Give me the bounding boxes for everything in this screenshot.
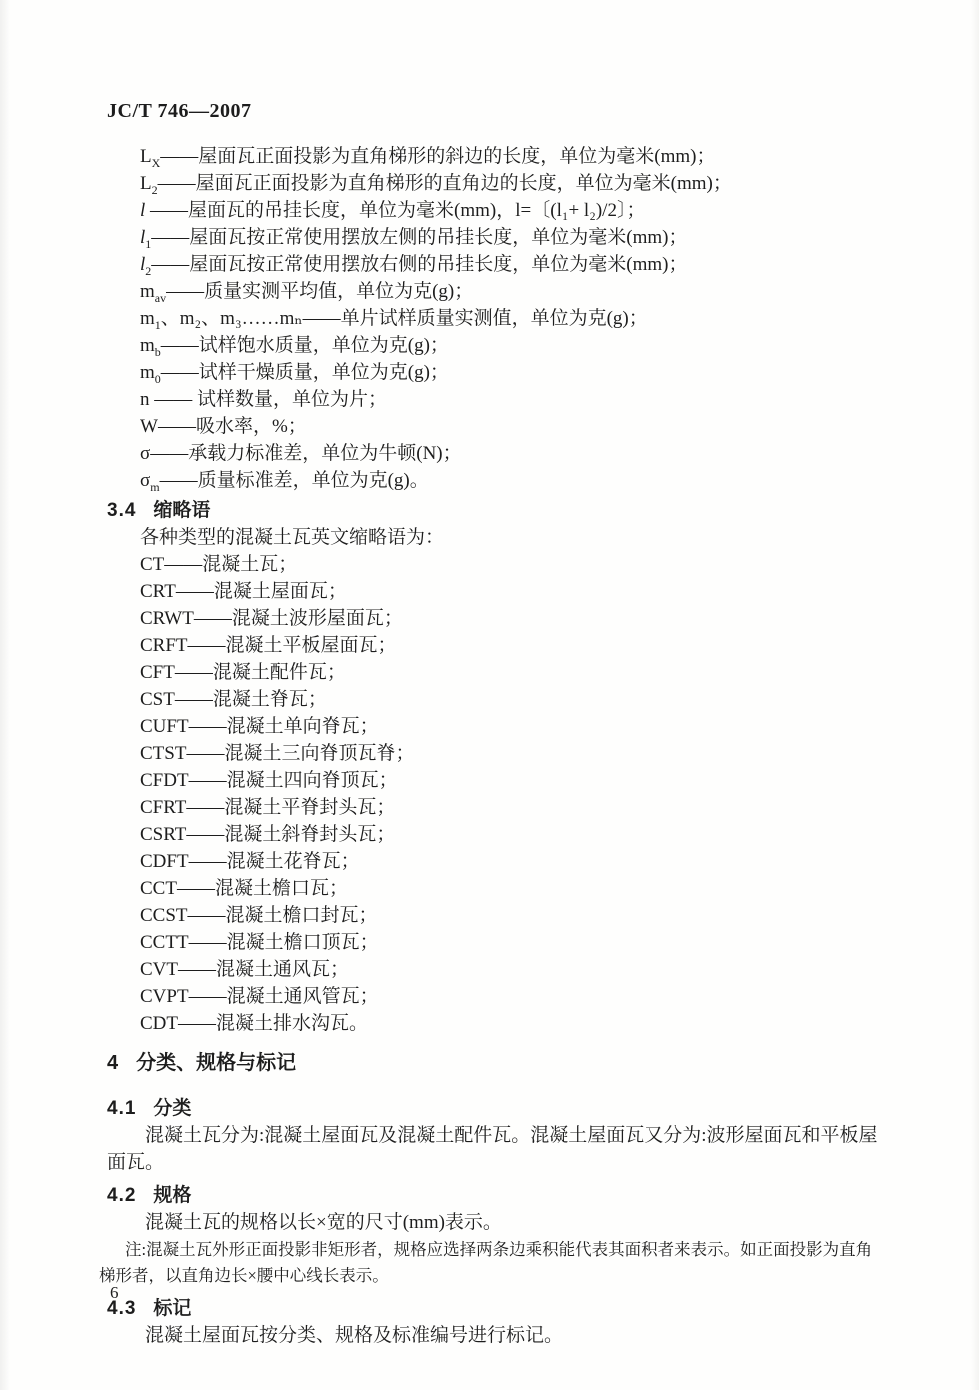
symbol-definition-list: LX——屋面瓦正面投影为直角梯形的斜边的长度，单位为毫米(mm)； L2——屋面… xyxy=(140,143,879,494)
abbreviation-intro: 各种类型的混凝土瓦英文缩略语为： xyxy=(140,524,879,551)
abbreviation-meaning: ——混凝土平板屋面瓦； xyxy=(188,635,397,656)
symbol-description: ——屋面瓦正面投影为直角梯形的斜边的长度，单位为毫米(mm)； xyxy=(160,146,715,167)
abbreviation-line: CDT——混凝土排水沟瓦。 xyxy=(140,1010,879,1037)
abbreviation-meaning: ——混凝土脊瓦； xyxy=(175,689,327,710)
abbreviation-meaning: ——混凝土三向脊顶瓦脊； xyxy=(186,743,414,764)
abbreviation-meaning: ——混凝土排水沟瓦。 xyxy=(178,1013,368,1034)
abbreviation-line: CVPT——混凝土通风管瓦； xyxy=(140,983,879,1010)
symbol-definition-line: mb——试样饱水质量，单位为克(g)； xyxy=(140,332,879,359)
symbol-description: —— 试样数量，单位为片； xyxy=(150,389,388,410)
symbol-description: ——质量标准差，单位为克(g)。 xyxy=(160,470,429,491)
abbreviation-meaning: ——混凝土檐口顶瓦； xyxy=(189,932,379,953)
abbreviation-code: CFDT xyxy=(140,770,189,791)
section-number: 3.4 xyxy=(107,500,136,521)
section-4-1-body: 混凝土瓦分为:混凝土屋面瓦及混凝土配件瓦。混凝土屋面瓦又分为:波形屋面瓦和平板屋… xyxy=(107,1122,879,1176)
abbreviation-code: CVPT xyxy=(140,986,189,1007)
abbreviation-code: CCST xyxy=(140,905,188,926)
abbreviation-meaning: ——混凝土通风管瓦； xyxy=(189,986,379,1007)
symbol-definition-line: l1——屋面瓦按正常使用摆放左侧的吊挂长度，单位为毫米(mm)； xyxy=(140,224,879,251)
section-number: 4 xyxy=(107,1052,119,1074)
symbol-base: m xyxy=(140,281,155,302)
abbreviation-list: CT——混凝土瓦； CRT——混凝土屋面瓦； CRWT——混凝土波形屋面瓦； C… xyxy=(140,551,879,1037)
section-4-3-body: 混凝土屋面瓦按分类、规格及标准编号进行标记。 xyxy=(107,1322,879,1349)
abbreviation-meaning: ——混凝土檐口封瓦； xyxy=(188,905,378,926)
section-heading-4-3: 4.3标记 xyxy=(107,1296,879,1322)
section-number: 4.2 xyxy=(107,1185,136,1206)
symbol-description: ——吸水率，%； xyxy=(158,416,307,437)
section-title: 标记 xyxy=(153,1298,191,1319)
symbol-base: n xyxy=(140,389,150,410)
symbol-base: L xyxy=(140,173,152,194)
abbreviation-line: CRT——混凝土屋面瓦； xyxy=(140,578,879,605)
symbol-definition-line: σm——质量标准差，单位为克(g)。 xyxy=(140,467,879,494)
abbreviation-line: CVT——混凝土通风瓦； xyxy=(140,956,879,983)
symbol-definition-line: m0——试样干燥质量，单位为克(g)； xyxy=(140,359,879,386)
section-number: 4.1 xyxy=(107,1098,136,1119)
abbreviation-meaning: ——混凝土平脊封头瓦； xyxy=(186,797,395,818)
symbol-description: ——承载力标准差，单位为牛顿(N)； xyxy=(150,443,461,464)
symbol-subscript: X xyxy=(152,156,161,170)
abbreviation-code: CCTT xyxy=(140,932,189,953)
section-heading-4: 4分类、规格与标记 xyxy=(107,1050,879,1076)
symbol-subscript: av xyxy=(155,291,166,305)
abbreviation-line: CCTT——混凝土檐口顶瓦； xyxy=(140,929,879,956)
section-heading-4-2: 4.2规格 xyxy=(107,1183,879,1209)
abbreviation-meaning: ——混凝土花脊瓦； xyxy=(189,851,360,872)
abbreviation-meaning: ——混凝土屋面瓦； xyxy=(176,581,347,602)
abbreviation-code: CRT xyxy=(140,581,176,602)
abbreviation-line: CT——混凝土瓦； xyxy=(140,551,879,578)
abbreviation-line: CRFT——混凝土平板屋面瓦； xyxy=(140,632,879,659)
section-title: 分类、规格与标记 xyxy=(136,1052,296,1074)
abbreviation-meaning: ——混凝土波形屋面瓦； xyxy=(194,608,403,629)
abbreviation-code: CDT xyxy=(140,1013,178,1034)
abbreviation-line: CDFT——混凝土花脊瓦； xyxy=(140,848,879,875)
abbreviation-code: CUFT xyxy=(140,716,189,737)
abbreviation-meaning: ——混凝土单向脊瓦； xyxy=(189,716,379,737)
symbol-definition-line: W——吸水率，%； xyxy=(140,413,879,440)
abbreviation-line: CRWT——混凝土波形屋面瓦； xyxy=(140,605,879,632)
page-number: 6 xyxy=(110,1283,119,1303)
abbreviation-meaning: ——混凝土通风瓦； xyxy=(178,959,349,980)
abbreviation-line: CCST——混凝土檐口封瓦； xyxy=(140,902,879,929)
symbol-definition-line: n —— 试样数量，单位为片； xyxy=(140,386,879,413)
abbreviation-code: CVT xyxy=(140,959,178,980)
symbol-definition-line: LX——屋面瓦正面投影为直角梯形的斜边的长度，单位为毫米(mm)； xyxy=(140,143,879,170)
document-code-header: JC/T 746—2007 xyxy=(107,100,879,123)
abbreviation-line: CST——混凝土脊瓦； xyxy=(140,686,879,713)
abbreviation-code: CTST xyxy=(140,743,186,764)
symbol-definition-line: L2——屋面瓦正面投影为直角梯形的直角边的长度，单位为毫米(mm)； xyxy=(140,170,879,197)
abbreviation-meaning: ——混凝土斜脊封头瓦； xyxy=(186,824,395,845)
symbol-definition-line: l ——屋面瓦的吊挂长度，单位为毫米(mm)，l=〔(l₁+ l₂)/2〕； xyxy=(140,197,879,224)
section-title: 分类 xyxy=(153,1098,191,1119)
abbreviation-code: CDFT xyxy=(140,851,189,872)
abbreviation-line: CFDT——混凝土四向脊顶瓦； xyxy=(140,767,879,794)
symbol-description: ——质量实测平均值，单位为克(g)； xyxy=(166,281,473,302)
abbreviation-meaning: ——混凝土配件瓦； xyxy=(175,662,346,683)
symbol-description: ——屋面瓦正面投影为直角梯形的直角边的长度，单位为毫米(mm)； xyxy=(158,173,732,194)
abbreviation-meaning: ——混凝土四向脊顶瓦； xyxy=(189,770,398,791)
abbreviation-code: CCT xyxy=(140,878,177,899)
symbol-subscript: m xyxy=(150,480,159,494)
symbol-base: σ xyxy=(140,443,150,464)
abbreviation-line: CUFT——混凝土单向脊瓦； xyxy=(140,713,879,740)
abbreviation-line: CFRT——混凝土平脊封头瓦； xyxy=(140,794,879,821)
symbol-definition-line: m1、m₂、m₃……mₙ——单片试样质量实测值，单位为克(g)； xyxy=(140,305,879,332)
abbreviation-line: CFT——混凝土配件瓦； xyxy=(140,659,879,686)
abbreviation-code: CFT xyxy=(140,662,175,683)
abbreviation-code: CRFT xyxy=(140,635,188,656)
symbol-base: L xyxy=(140,146,152,167)
section-heading-3-4: 3.4缩略语 xyxy=(107,498,879,524)
symbol-description: ——屋面瓦按正常使用摆放右侧的吊挂长度，单位为毫米(mm)； xyxy=(151,254,687,275)
symbol-base: W xyxy=(140,416,158,437)
symbol-definition-line: mav——质量实测平均值，单位为克(g)； xyxy=(140,278,879,305)
symbol-base: m xyxy=(140,308,155,329)
symbol-description: ——屋面瓦的吊挂长度，单位为毫米(mm)，l=〔(l₁+ l₂)/2〕； xyxy=(145,200,645,221)
abbreviation-code: CST xyxy=(140,689,175,710)
abbreviation-code: CT xyxy=(140,554,164,575)
abbreviation-meaning: ——混凝土檐口瓦； xyxy=(177,878,348,899)
abbreviation-line: CCT——混凝土檐口瓦； xyxy=(140,875,879,902)
abbreviation-code: CRWT xyxy=(140,608,194,629)
symbol-base: m xyxy=(140,362,155,383)
section-title: 规格 xyxy=(153,1185,191,1206)
page-content: JC/T 746—2007 LX——屋面瓦正面投影为直角梯形的斜边的长度，单位为… xyxy=(0,0,979,1349)
symbol-description: 、m₂、m₃……mₙ——单片试样质量实测值，单位为克(g)； xyxy=(161,308,648,329)
symbol-description: ——屋面瓦按正常使用摆放左侧的吊挂长度，单位为毫米(mm)； xyxy=(151,227,687,248)
symbol-description: ——试样干燥质量，单位为克(g)； xyxy=(161,362,449,383)
symbol-definition-line: σ——承载力标准差，单位为牛顿(N)； xyxy=(140,440,879,467)
document-page: JC/T 746—2007 LX——屋面瓦正面投影为直角梯形的斜边的长度，单位为… xyxy=(0,0,979,1390)
abbreviation-line: CSRT——混凝土斜脊封头瓦； xyxy=(140,821,879,848)
symbol-base: σ xyxy=(140,470,150,491)
abbreviation-code: CSRT xyxy=(140,824,186,845)
section-title: 缩略语 xyxy=(153,500,210,521)
symbol-base: m xyxy=(140,335,155,356)
section-4-2-body: 混凝土瓦的规格以长×宽的尺寸(mm)表示。 xyxy=(107,1209,879,1236)
abbreviation-code: CFRT xyxy=(140,797,186,818)
symbol-description: ——试样饱水质量，单位为克(g)； xyxy=(161,335,449,356)
abbreviation-line: CTST——混凝土三向脊顶瓦脊； xyxy=(140,740,879,767)
section-4-2-note: 注:混凝土瓦外形正面投影非矩形者，规格应选择两条边乘积能代表其面积者来表示。如正… xyxy=(99,1237,887,1289)
abbreviation-meaning: ——混凝土瓦； xyxy=(164,554,297,575)
section-heading-4-1: 4.1分类 xyxy=(107,1096,879,1122)
symbol-definition-line: l2——屋面瓦按正常使用摆放右侧的吊挂长度，单位为毫米(mm)； xyxy=(140,251,879,278)
